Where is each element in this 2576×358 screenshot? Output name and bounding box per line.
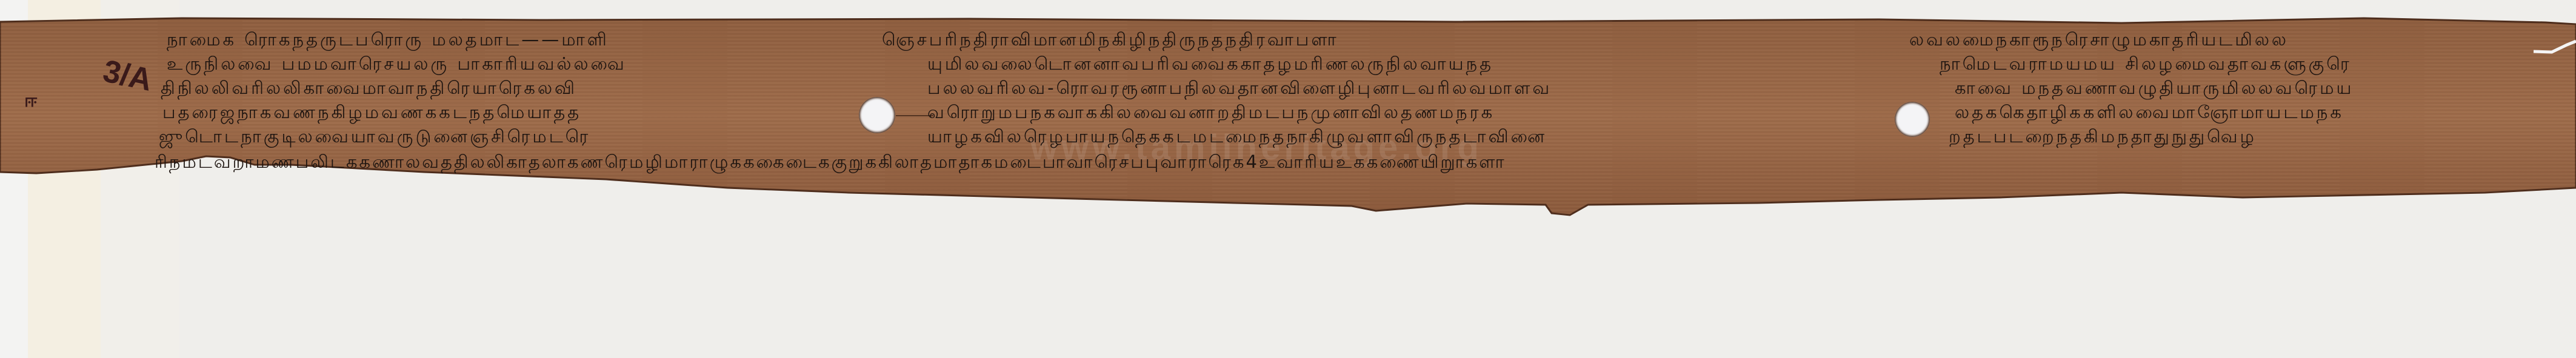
text-line-left-3: திநிலலிவரிலலிகாவைமாவாநதிரெயாரெகலவி — [161, 78, 577, 98]
text-line-right-5: றதடபடறைநதகிமநதாதுநுதுவெழ — [1949, 126, 2257, 147]
text-line-left-2: உருநிலவை பமமவாரெசயலரு பாகாரியவல்லவை — [167, 53, 627, 74]
text-line-middle-3: பலலவரிலவ-ரொவரரூனாபநிலவதானவிளைழிபுனாடவரில… — [927, 78, 1552, 98]
binding-hole-left — [859, 97, 895, 133]
margin-letter: ஈ — [24, 91, 37, 114]
text-line-middle-4: வரொறுமபநகவாககிலவைவனாறதிமடபநமுனாவிலதணமநரக — [927, 102, 1495, 122]
text-line-left-1: நாமைக ரொகநதருடபரொரு மலதமாட——மாளி — [167, 29, 609, 50]
text-line-left-4: பதரைஜநாகவணநகிழமவணககடநதமெயாதத — [162, 102, 581, 122]
text-line-middle-5: யாழகவிலரெழபாயநதெககடமடமைநதநாகிழுவளாவிருநத… — [927, 126, 1547, 147]
palm-leaf: ஈ 3/A www.tamilheritage.org நாமைக ரொகநதர… — [0, 0, 2576, 358]
text-line-right-4: லதககெதாழிககளிலவைமாஞோமாயடமநக — [1955, 102, 2344, 122]
text-line-middle-1: ஞெசபரிநதிராவிமானமிநகிழிநதிருநதநதிரவாபளா — [882, 29, 1339, 50]
text-line-left-5: ஜுடொடநாகுடிலவையாவருடுனைஞசிரெமடரெ — [159, 126, 590, 147]
text-line-right-1: லவலமைநகாரூநரெசாழுமகாதரியடமிலல — [1909, 29, 2289, 50]
text-line-right-3: காவை மநதவணாவழுதியாருமிலலவரெமய — [1955, 78, 2354, 98]
text-line-right-2: நாமெடவராமயமய சிலழமைவதாவகளுகுரெ — [1940, 53, 2352, 74]
text-line-bottom: ரிநமடவறாமணபலிடககணாலவததிலலிகாதலாகணரெமழிமா… — [155, 151, 1506, 172]
text-line-middle-2: யுமிலவலைடொனனாவபரிவவைககாதழமரிணலருநிலவாயநத — [927, 53, 1493, 74]
binding-hole-right — [1895, 102, 1930, 137]
